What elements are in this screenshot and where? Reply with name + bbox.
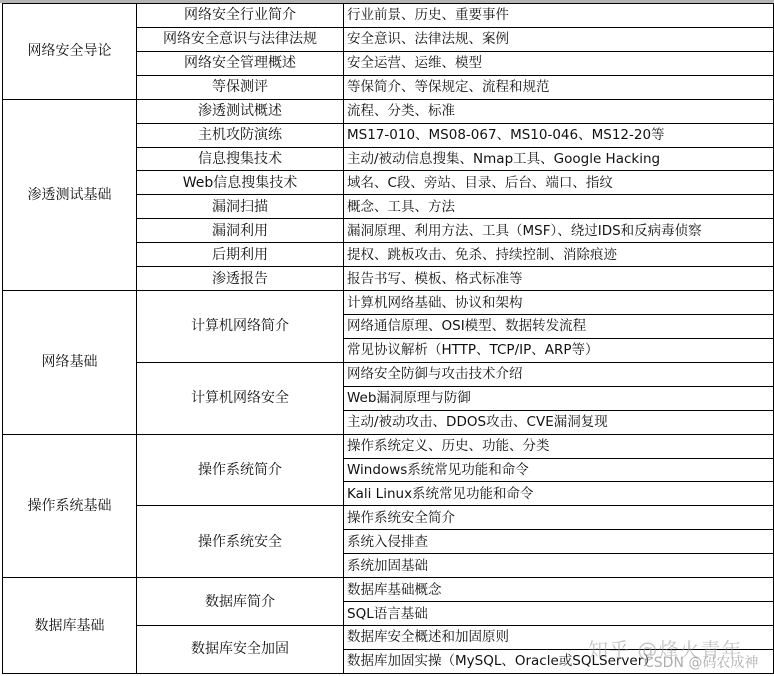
category-cell: 操作系统基础 xyxy=(3,434,137,578)
topic-cell: 信息搜集技术 xyxy=(137,147,344,171)
detail-cell: 数据库加固实操（MySQL、Oracle或SQLServer） xyxy=(344,649,774,673)
topic-cell: 数据库安全加固 xyxy=(137,625,344,673)
detail-cell: 行业前景、历史、重要事件 xyxy=(344,4,774,28)
category-cell: 渗透测试基础 xyxy=(3,99,137,290)
detail-cell: 数据库安全概述和加固原则 xyxy=(344,625,774,649)
detail-cell: 漏洞原理、利用方法、工具（MSF）、绕过IDS和反病毒侦察 xyxy=(344,219,774,243)
detail-cell: 常见协议解析（HTTP、TCP/IP、ARP等） xyxy=(344,338,774,362)
table-row: 数据库基础 数据库简介 数据库基础概念 xyxy=(3,578,774,602)
category-cell: 网络基础 xyxy=(3,291,137,435)
category-cell: 数据库基础 xyxy=(3,578,137,674)
detail-cell: Web漏洞原理与防御 xyxy=(344,386,774,410)
detail-cell: SQL语言基础 xyxy=(344,602,774,626)
category-cell: 网络安全导论 xyxy=(3,4,137,100)
detail-cell: Kali Linux系统常见功能和命令 xyxy=(344,482,774,506)
detail-cell: Windows系统常见功能和命令 xyxy=(344,458,774,482)
table-row: 网络安全导论 网络安全行业简介 行业前景、历史、重要事件 xyxy=(3,4,774,28)
detail-cell: 安全意识、法律法规、案例 xyxy=(344,27,774,51)
detail-cell: 操作系统定义、历史、功能、分类 xyxy=(344,434,774,458)
topic-cell: Web信息搜集技术 xyxy=(137,171,344,195)
topic-cell: 网络安全行业简介 xyxy=(137,4,344,28)
topic-cell: 渗透报告 xyxy=(137,267,344,291)
topic-cell: 网络安全意识与法律法规 xyxy=(137,27,344,51)
topic-cell: 后期利用 xyxy=(137,243,344,267)
detail-cell: 主动/被动攻击、DDOS攻击、CVE漏洞复现 xyxy=(344,410,774,434)
topic-cell: 计算机网络简介 xyxy=(137,291,344,363)
table-row: 渗透测试基础 渗透测试概述 流程、分类、标准 xyxy=(3,99,774,123)
detail-cell: 概念、工具、方法 xyxy=(344,195,774,219)
detail-cell: 主动/被动信息搜集、Nmap工具、Google Hacking xyxy=(344,147,774,171)
topic-cell: 计算机网络安全 xyxy=(137,362,344,434)
topic-cell: 操作系统简介 xyxy=(137,434,344,506)
detail-cell: 网络安全防御与攻击技术介绍 xyxy=(344,362,774,386)
detail-cell: 安全运营、运维、模型 xyxy=(344,51,774,75)
detail-cell: 数据库基础概念 xyxy=(344,578,774,602)
detail-cell: 等保简介、等保规定、流程和规范 xyxy=(344,75,774,99)
detail-cell: 操作系统安全简介 xyxy=(344,506,774,530)
topic-cell: 网络安全管理概述 xyxy=(137,51,344,75)
detail-cell: 域名、C段、旁站、目录、后台、端口、指纹 xyxy=(344,171,774,195)
topic-cell: 漏洞利用 xyxy=(137,219,344,243)
topic-cell: 渗透测试概述 xyxy=(137,99,344,123)
detail-cell: 系统加固基础 xyxy=(344,554,774,578)
detail-cell: MS17-010、MS08-067、MS10-046、MS12-20等 xyxy=(344,123,774,147)
topic-cell: 数据库简介 xyxy=(137,578,344,626)
topic-cell: 操作系统安全 xyxy=(137,506,344,578)
detail-cell: 网络通信原理、OSI模型、数据转发流程 xyxy=(344,314,774,338)
detail-cell: 提权、跳板攻击、免杀、持续控制、消除痕迹 xyxy=(344,243,774,267)
detail-cell: 报告书写、模板、格式标准等 xyxy=(344,267,774,291)
detail-cell: 流程、分类、标准 xyxy=(344,99,774,123)
topic-cell: 等保测评 xyxy=(137,75,344,99)
detail-cell: 计算机网络基础、协议和架构 xyxy=(344,291,774,315)
table-row: 网络基础 计算机网络简介 计算机网络基础、协议和架构 xyxy=(3,291,774,315)
curriculum-table: 网络安全导论 网络安全行业简介 行业前景、历史、重要事件 网络安全意识与法律法规… xyxy=(2,3,774,674)
topic-cell: 漏洞扫描 xyxy=(137,195,344,219)
topic-cell: 主机攻防演练 xyxy=(137,123,344,147)
detail-cell: 系统入侵排查 xyxy=(344,530,774,554)
table-row: 操作系统基础 操作系统简介 操作系统定义、历史、功能、分类 xyxy=(3,434,774,458)
